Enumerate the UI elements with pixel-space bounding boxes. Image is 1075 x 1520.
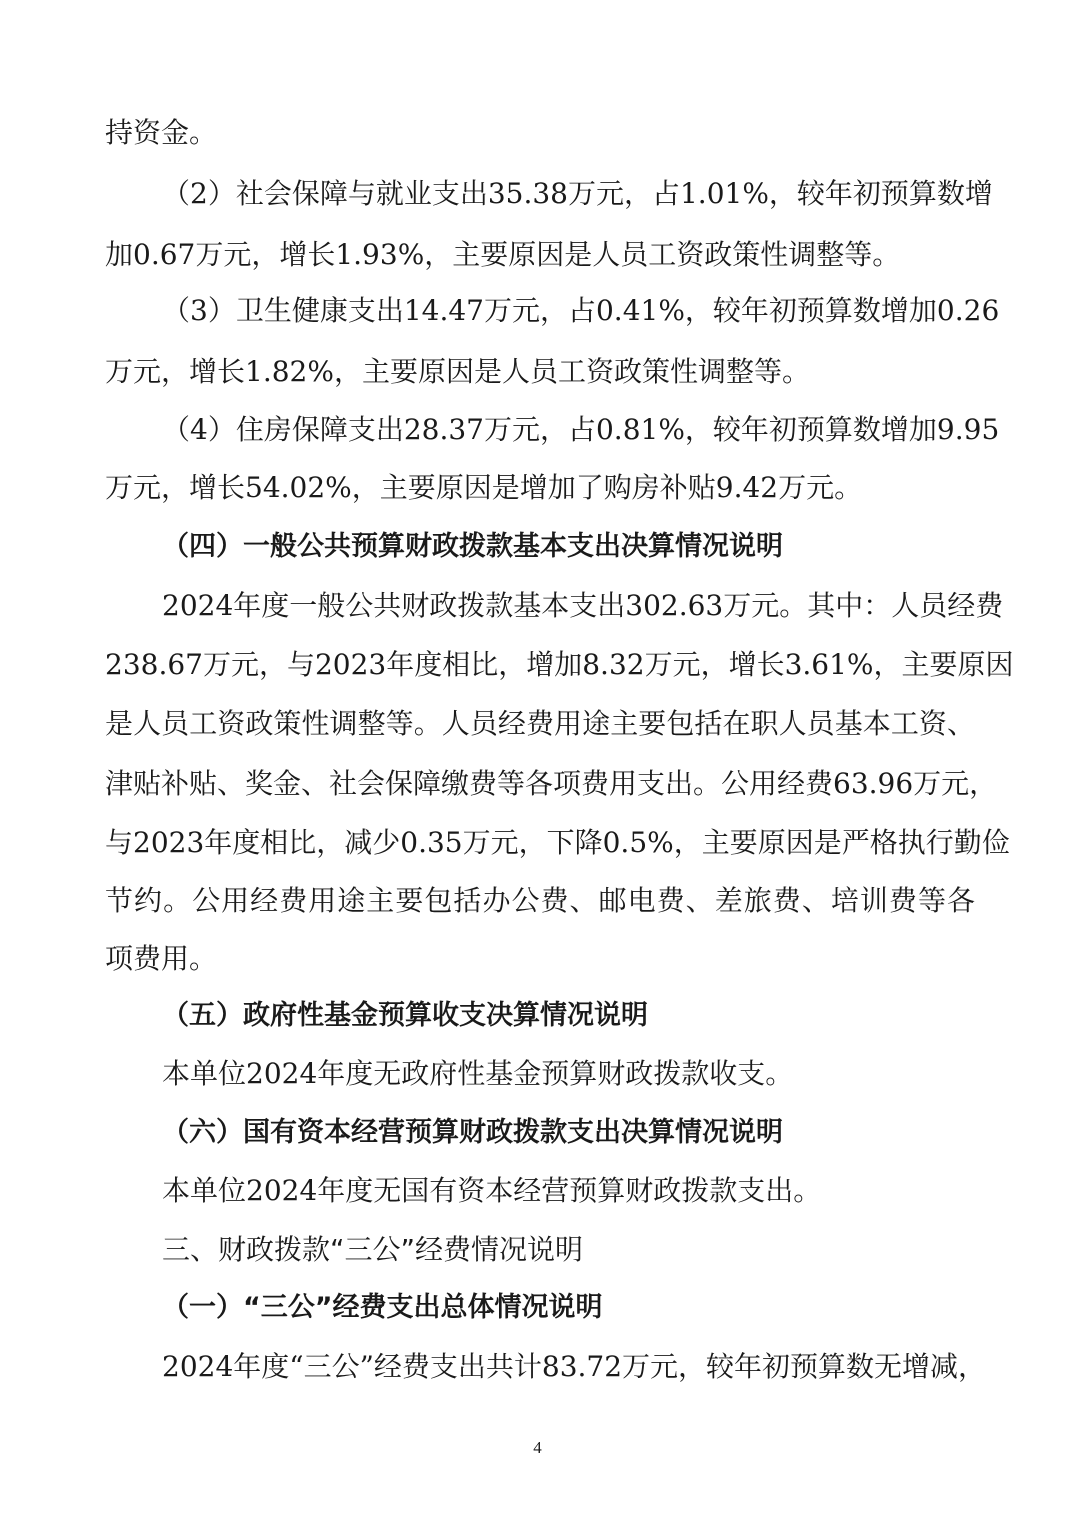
section-heading-4: （四）一般公共预算财政拨款基本支出决算情况说明 xyxy=(162,530,975,564)
paragraph-line: 项费用。 xyxy=(105,942,975,976)
paragraph-line: 本单位2024年度无国有资本经营预算财政拨款支出。 xyxy=(162,1174,975,1208)
section-heading-6: （六）国有资本经营预算财政拨款支出决算情况说明 xyxy=(162,1116,975,1150)
paragraph-line: 津贴补贴、奖金、社会保障缴费等各项费用支出。公用经费63.96万元， xyxy=(105,767,975,801)
paragraph-line: 2024年度一般公共财政拨款基本支出302.63万元。其中：人员经费 xyxy=(162,589,975,623)
paragraph-line: 238.67万元，与2023年度相比，增加8.32万元，增长3.61%，主要原因 xyxy=(105,648,975,682)
paragraph-line: （3）卫生健康支出14.47万元，占0.41%，较年初预算数增加0.26 xyxy=(162,294,975,328)
section-heading-5: （五）政府性基金预算收支决算情况说明 xyxy=(162,999,975,1033)
paragraph-continuation: 持资金。 xyxy=(105,116,975,150)
paragraph-line: 2024年度“三公”经费支出共计83.72万元，较年初预算数无增减， xyxy=(162,1350,975,1384)
paragraph-line: 万元，增长54.02%，主要原因是增加了购房补贴9.42万元。 xyxy=(105,471,975,505)
page-number: 4 xyxy=(0,1438,1075,1458)
paragraph-line: 加0.67万元，增长1.93%，主要原因是人员工资政策性调整等。 xyxy=(105,238,975,272)
paragraph-line: 节约。公用经费用途主要包括办公费、邮电费、差旅费、培训费等各 xyxy=(105,884,975,918)
paragraph-line: 是人员工资政策性调整等。人员经费用途主要包括在职人员基本工资、 xyxy=(105,707,975,741)
paragraph-line: 与2023年度相比，减少0.35万元，下降0.5%，主要原因是严格执行勤俭 xyxy=(105,826,975,860)
paragraph-line: 本单位2024年度无政府性基金预算财政拨款收支。 xyxy=(162,1057,975,1091)
subsection-heading-1: （一）“三公”经费支出总体情况说明 xyxy=(162,1291,975,1325)
paragraph-line: （4）住房保障支出28.37万元，占0.81%，较年初预算数增加9.95 xyxy=(162,413,975,447)
paragraph-line: 万元，增长1.82%，主要原因是人员工资政策性调整等。 xyxy=(105,355,975,389)
paragraph-line: （2）社会保障与就业支出35.38万元，占1.01%，较年初预算数增 xyxy=(162,177,975,211)
document-page: 持资金。 （2）社会保障与就业支出35.38万元，占1.01%，较年初预算数增 … xyxy=(0,0,1075,1520)
chapter-heading-3: 三、财政拨款“三公”经费情况说明 xyxy=(162,1233,975,1267)
